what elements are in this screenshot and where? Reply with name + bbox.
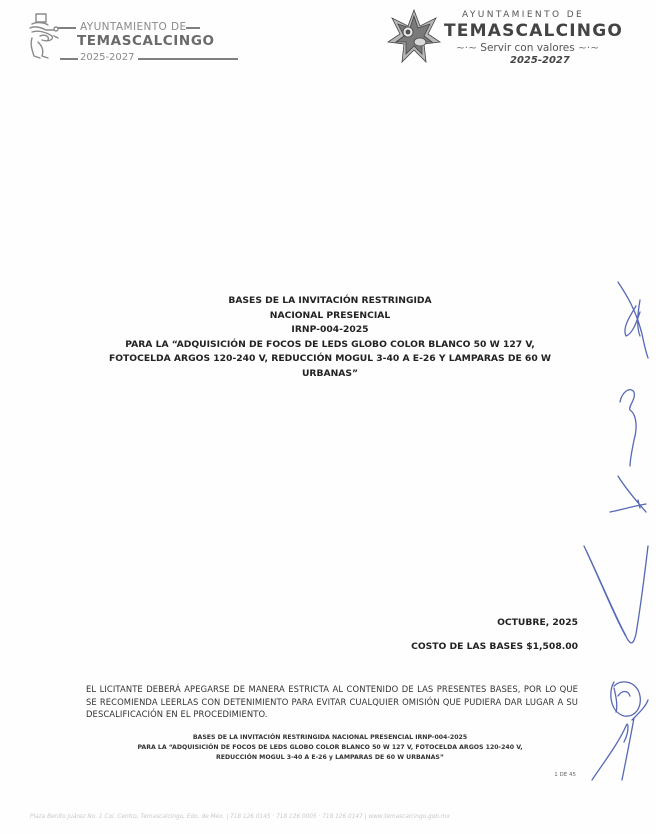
signature-initial-icon [610, 476, 646, 512]
logo-left-line1: AYUNTAMIENTO DE [80, 21, 186, 33]
document-title: BASES DE LA INVITACIÓN RESTRINGIDA NACIO… [80, 294, 580, 381]
caption-line: PARA LA “ADQUISICIÓN DE FOCOS DE LEDS GL… [80, 743, 580, 753]
caption-line: BASES DE LA INVITACIÓN RESTRINGIDA NACIO… [80, 733, 580, 743]
document-date: OCTUBRE, 2025 [497, 617, 578, 628]
notice-paragraph: EL LICITANTE DEBERÁ APEGARSE DE MANERA E… [86, 683, 578, 721]
document-page: AYUNTAMIENTO DE TEMASCALCINGO 2025-2027 … [0, 0, 656, 834]
star-flower-emblem-icon [386, 8, 442, 64]
logo-rule [138, 58, 238, 60]
logo-rule [60, 58, 78, 60]
title-line: FOTOCELDA ARGOS 120-240 V, REDUCCIÓN MOG… [80, 352, 580, 367]
caption-line: REDUCCIÓN MOGUL 3-40 A E-26 y LAMPARAS D… [80, 753, 580, 763]
page-caption: BASES DE LA INVITACIÓN RESTRINGIDA NACIO… [80, 733, 580, 763]
logo-left-line3: 2025-2027 [80, 52, 135, 63]
leaf-ornament-icon: ~·~ [456, 42, 480, 54]
bases-cost: COSTO DE LAS BASES $1,508.00 [411, 641, 578, 652]
address-footer: Plaza Benito Juárez No. 1 Col. Centro, T… [30, 814, 640, 820]
signature-initial-icon [584, 546, 648, 643]
title-line: URBANAS” [80, 367, 580, 382]
page-number: 1 DE 45 [554, 772, 576, 778]
leaf-ornament-icon: ~·~ [575, 42, 599, 54]
logo-right-tagline: ~·~ Servir con valores ~·~ [456, 42, 599, 54]
title-line: PARA LA “ADQUISICIÓN DE FOCOS DE LEDS GL… [80, 338, 580, 353]
logo-right-period: 2025-2027 [510, 55, 570, 66]
signature-initial-icon [620, 390, 636, 466]
municipal-logo-right: AYUNTAMIENTO DE TEMASCALCINGO ~·~ Servir… [386, 6, 636, 66]
signature-initial-icon [611, 682, 641, 716]
municipal-logo-left: AYUNTAMIENTO DE TEMASCALCINGO 2025-2027 [26, 12, 226, 64]
title-line: NACIONAL PRESENCIAL [80, 309, 580, 324]
logo-right-line1: AYUNTAMIENTO DE [462, 10, 584, 20]
logo-left-line2: TEMASCALCINGO [77, 33, 215, 49]
logo-rule [58, 27, 76, 29]
logo-rule [186, 27, 200, 29]
logo-right-line2: TEMASCALCINGO [444, 21, 623, 41]
seated-figure-emblem-icon [26, 12, 72, 62]
title-line: IRNP-004-2025 [80, 323, 580, 338]
signature-initial-icon [618, 282, 648, 358]
title-line: BASES DE LA INVITACIÓN RESTRINGIDA [80, 294, 580, 309]
signature-initial-icon [592, 700, 648, 780]
